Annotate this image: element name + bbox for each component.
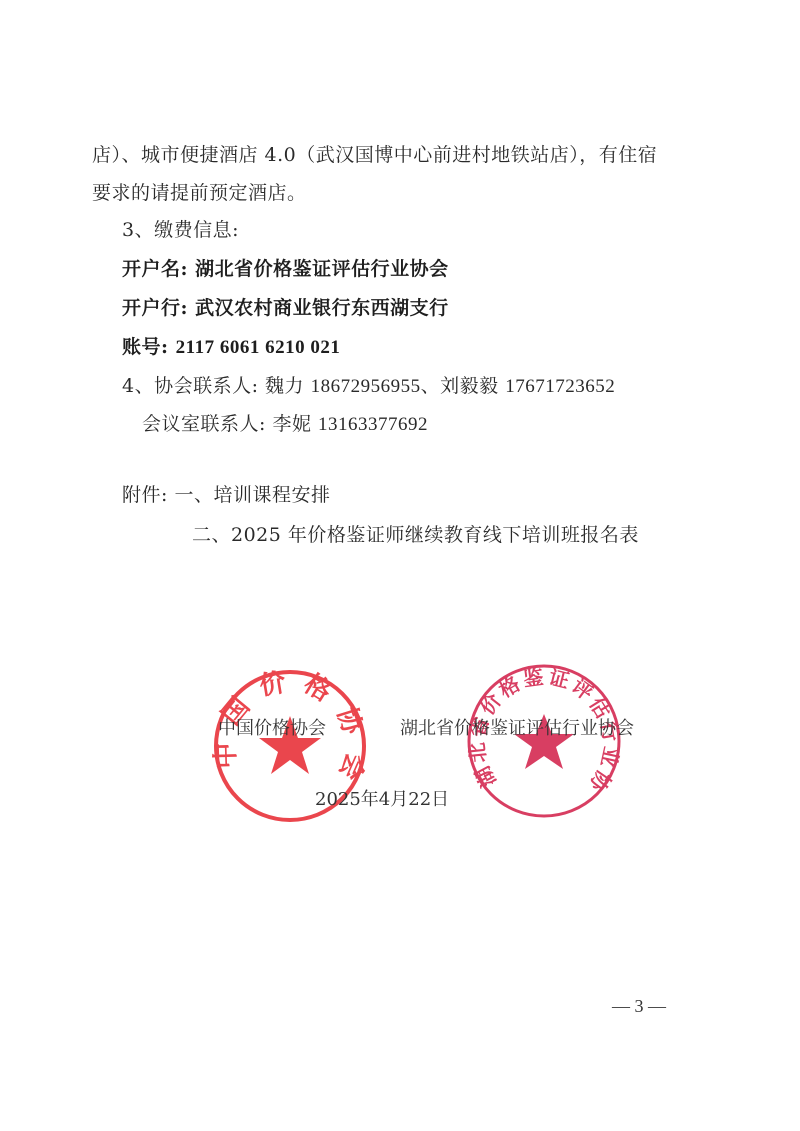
attachment-line-2: 二、2025 年价格鉴证师继续教育线下培训班报名表 <box>192 523 639 547</box>
contact-phone: 17671723652 <box>505 376 615 397</box>
org-name: 湖北省价格鉴证评估行业协会 <box>400 718 634 739</box>
paragraph-text: 店）、城市便捷酒店 4.0（武汉国博中心前进村地铁站店），有住宿 <box>92 144 657 166</box>
date-text: 2025年4月22日 <box>315 789 449 810</box>
association-contacts-line: 4、协会联系人: 魏力 18672956955、刘毅毅 17671723652 <box>122 374 615 399</box>
room-contact-label: 会议室联系人: <box>142 413 266 435</box>
page-number-text: — 3 — <box>612 996 666 1016</box>
contact-phone: 18672956955 <box>311 376 421 397</box>
attachment-item: 二、2025 年价格鉴证师继续教育线下培训班报名表 <box>192 524 639 546</box>
separator: 、 <box>421 375 441 397</box>
signatory-org-1: 中国价格协会 <box>218 718 326 740</box>
issue-date: 2025年4月22日 <box>315 789 449 811</box>
account-name-value: 湖北省价格鉴证评估行业协会 <box>195 258 449 280</box>
page-number: — 3 — <box>612 996 666 1017</box>
official-seal-hubei-association: 湖北省价格鉴证评估行业协会 <box>465 662 623 820</box>
payment-info-heading: 3、缴费信息: <box>122 218 239 242</box>
account-number-value: 2117 6061 6210 021 <box>176 337 341 358</box>
bank-label: 开户行: <box>122 297 188 319</box>
attachment-item: 一、培训课程安排 <box>174 484 330 506</box>
attachments-label: 附件: <box>122 484 168 506</box>
contact-name: 李妮 <box>272 413 311 435</box>
heading-text: 3、缴费信息: <box>122 219 239 241</box>
bank-value: 武汉农村商业银行东西湖支行 <box>195 297 449 319</box>
account-number-label: 账号: <box>122 336 169 358</box>
account-name-line: 开户名: 湖北省价格鉴证评估行业协会 <box>122 257 449 281</box>
contact-name: 魏力 <box>265 375 304 397</box>
account-number-line: 账号: 2117 6061 6210 021 <box>122 335 340 360</box>
meeting-room-contact-line: 会议室联系人: 李妮 13163377692 <box>142 412 428 437</box>
attachment-line-1: 附件: 一、培训课程安排 <box>122 483 330 507</box>
contacts-label: 4、协会联系人: <box>122 375 259 397</box>
account-name-label: 开户名: <box>122 258 188 280</box>
paragraph-text: 要求的请提前预定酒店。 <box>92 182 307 204</box>
bank-line: 开户行: 武汉农村商业银行东西湖支行 <box>122 296 449 320</box>
signatory-org-2: 湖北省价格鉴证评估行业协会 <box>400 718 634 740</box>
paragraph-line-2: 要求的请提前预定酒店。 <box>92 181 307 205</box>
paragraph-line-1: 店）、城市便捷酒店 4.0（武汉国博中心前进村地铁站店），有住宿 <box>92 143 657 167</box>
contact-name: 刘毅毅 <box>440 375 499 397</box>
contact-phone: 13163377692 <box>318 414 428 435</box>
org-name: 中国价格协会 <box>218 718 326 739</box>
